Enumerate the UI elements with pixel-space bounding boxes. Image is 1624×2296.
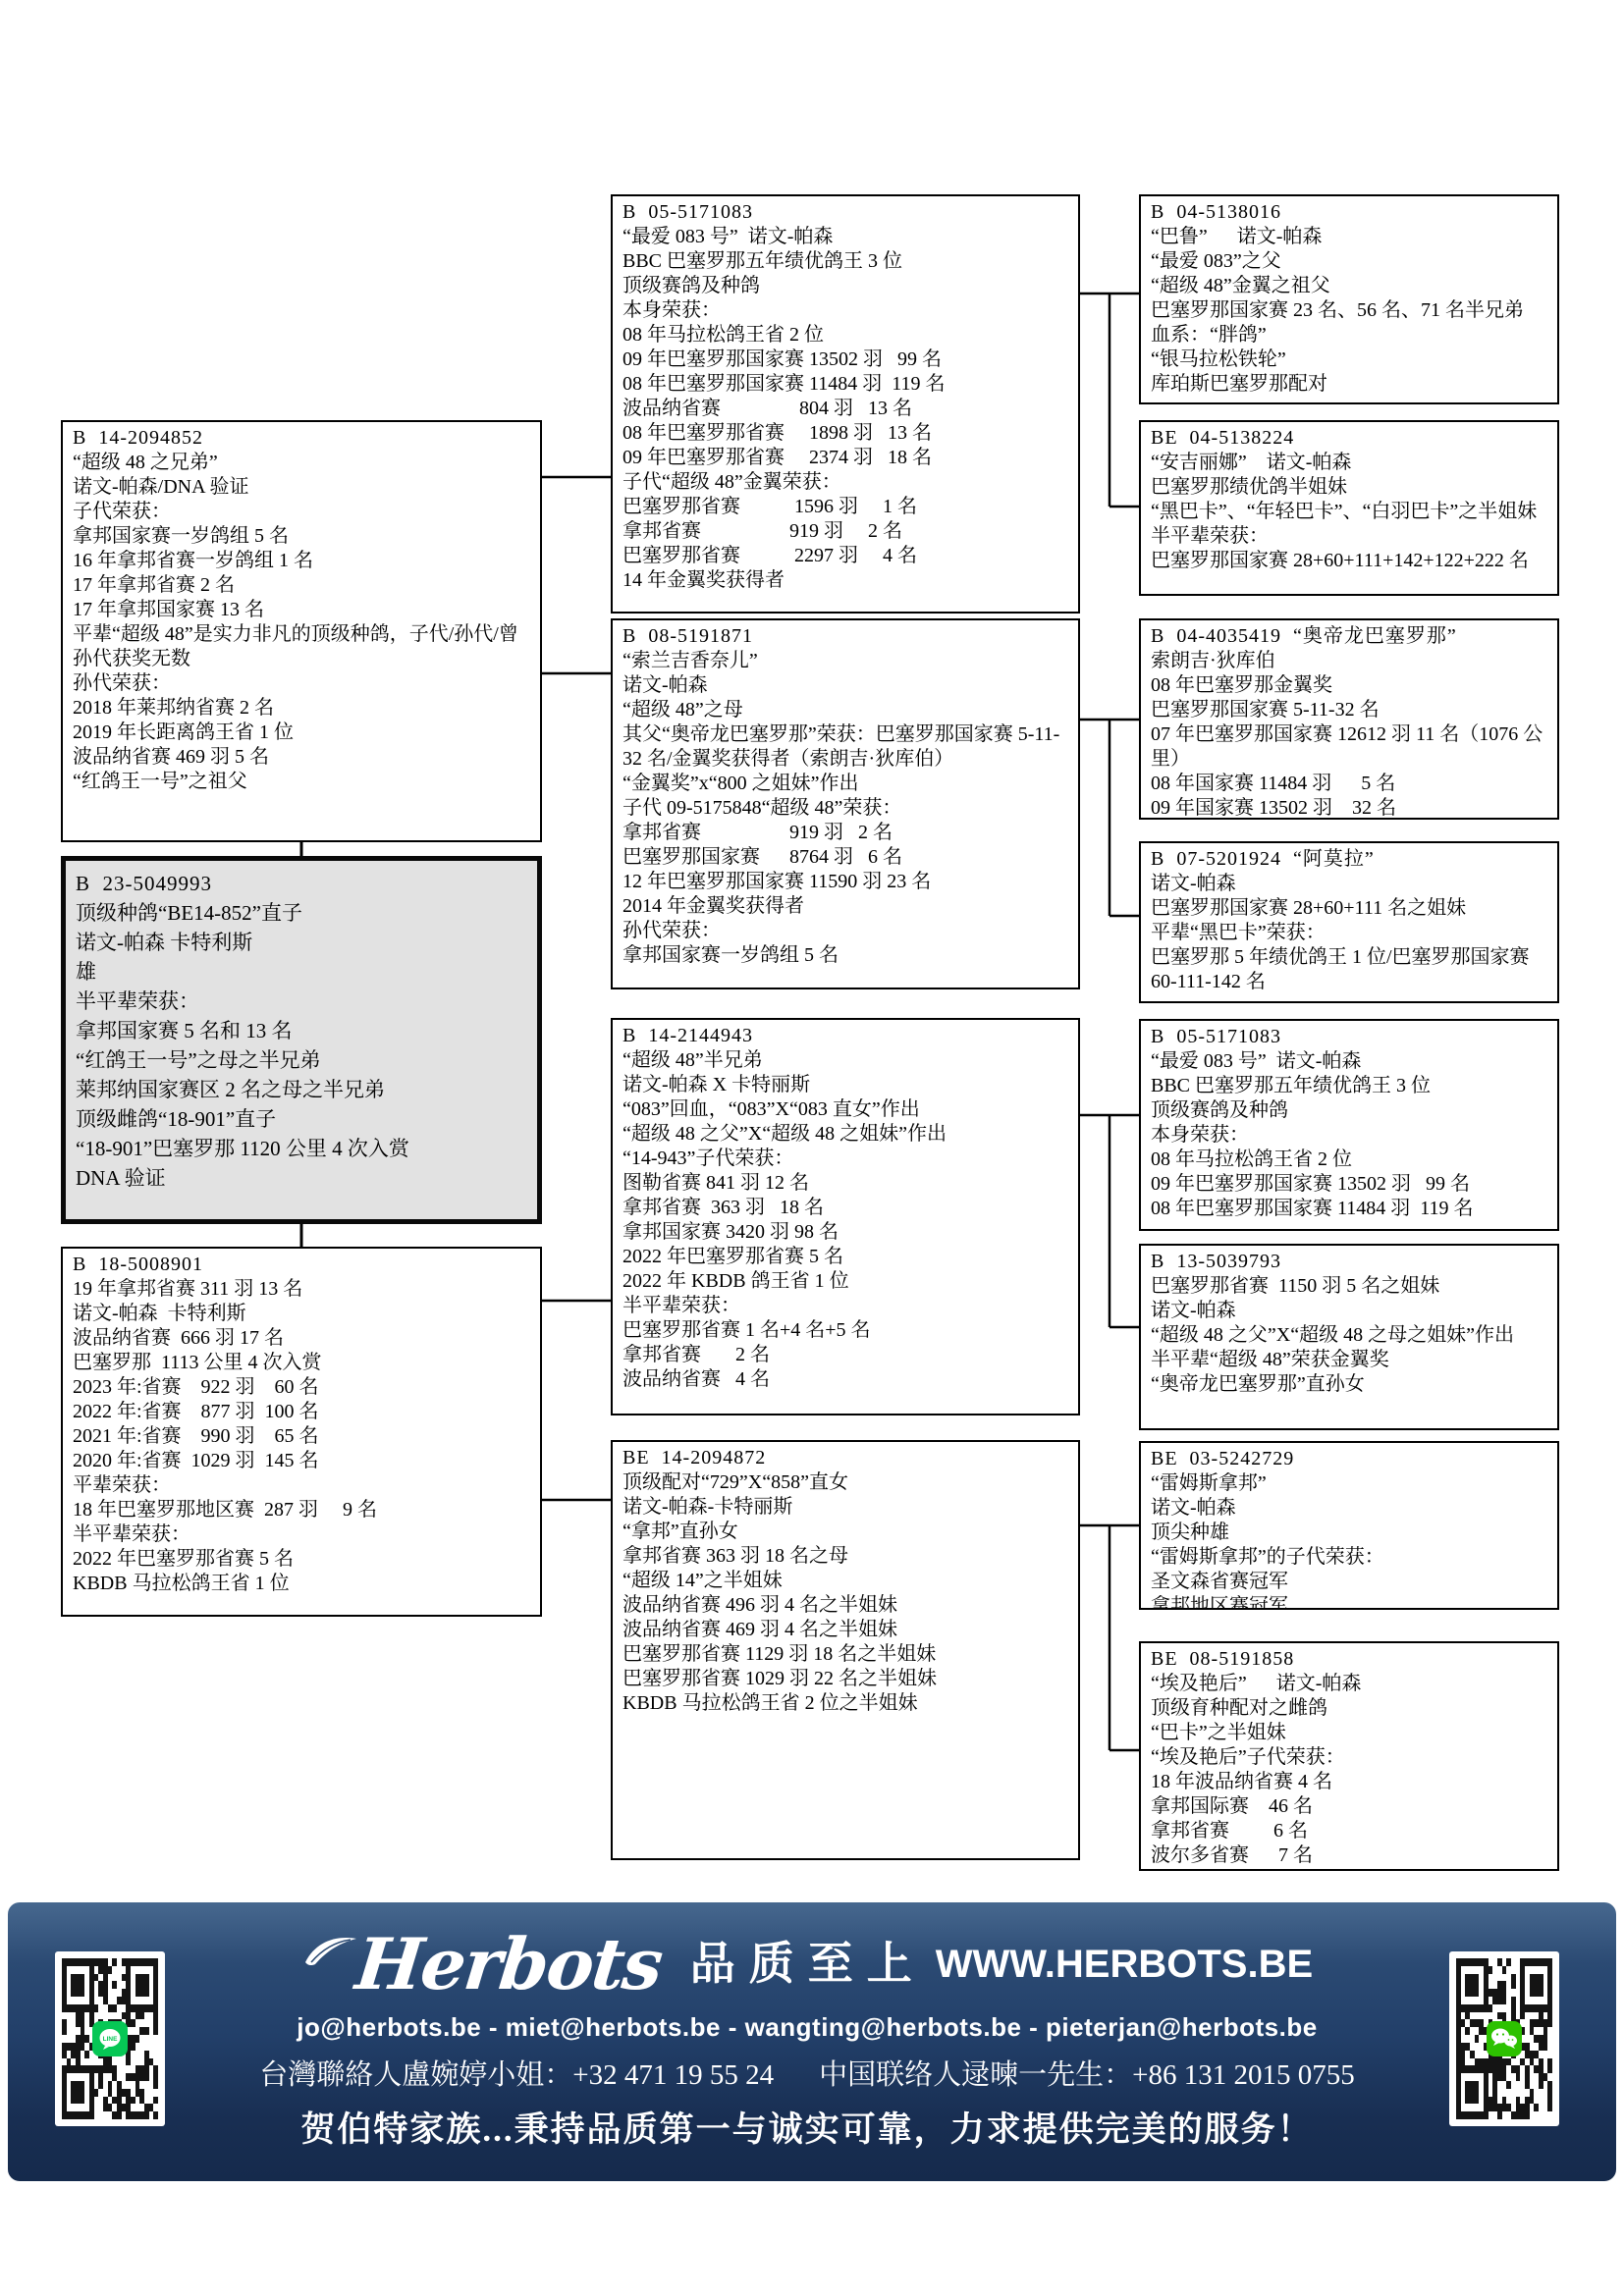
pedigree-line: 巴塞罗那国家赛 23 名、56 名、71 名半兄弟 xyxy=(1151,298,1549,323)
pedigree-box-sds: B 04-4035419 “奥帝龙巴塞罗那” 索朗吉·狄库伯08 年巴塞罗那金翼… xyxy=(1139,618,1559,820)
pedigree-line: 巴塞罗那省赛 1150 羽 5 名之姐妹 xyxy=(1151,1274,1549,1299)
pedigree-box-dam-sire: B 14-2144943 “超级 48”半兄弟诺文-帕森 X 卡特丽斯“083”… xyxy=(611,1018,1080,1415)
pedigree-lines: “安吉丽娜” 诺文-帕森巴塞罗那绩优鸽半姐妹“黑巴卡”、“年轻巴卡”、“白羽巴卡… xyxy=(1151,451,1549,573)
pedigree-box-subject: B 23-5049993 顶级种鸽“BE14-852”直子诺文-帕森 卡特利斯雄… xyxy=(61,856,542,1224)
pedigree-line: 巴塞罗那国家赛 28+60+111+142+122+222 名 xyxy=(1151,549,1549,573)
svg-text:LINE: LINE xyxy=(103,2036,118,2043)
pedigree-line: 顶级育种配对之雌鸽 xyxy=(1151,1696,1549,1721)
pedigree-line: 血系：“胖鸽” xyxy=(1151,323,1549,347)
footer-banner: LINE xyxy=(8,1902,1616,2181)
ring-number: B 04-5138016 xyxy=(1151,200,1549,225)
website-url: WWW.HERBOTS.BE xyxy=(936,1940,1313,1989)
ring-number: B 23-5049993 xyxy=(76,869,529,898)
pedigree-line: 波品纳省赛 469 羽 4 名之半姐妹 xyxy=(623,1618,1070,1642)
pedigree-line: 2021 年:省赛 990 羽 65 名 xyxy=(73,1424,532,1449)
pedigree-line: “超级 48 之父”X“超级 48 之姐妹”作出 xyxy=(623,1122,1070,1147)
pedigree-line: 2022 年巴塞罗那省赛 5 名 xyxy=(73,1547,532,1572)
pedigree-line: 拿邦省赛 919 羽 2 名 xyxy=(623,519,1070,544)
pedigree-line: “索兰吉香奈儿” xyxy=(623,649,1070,673)
pedigree-line: 本身荣获： xyxy=(1151,1123,1549,1148)
pedigree-line: 08 年巴塞罗那省赛 1898 羽 13 名 xyxy=(623,421,1070,446)
pedigree-line: 子代荣获： xyxy=(73,500,532,524)
pedigree-line: 孙代荣获： xyxy=(623,919,1070,943)
pedigree-line: 图勒省赛 841 羽 12 名 xyxy=(623,1171,1070,1196)
pedigree-line: 顶级雌鸽“18-901”直子 xyxy=(76,1104,529,1134)
pedigree-line: 拿邦国家赛一岁鸽组 5 名 xyxy=(623,943,1070,968)
pedigree-lines: 顶级配对“729”X“858”直女诺文-帕森-卡特丽斯“拿邦”直孙女拿邦省赛 3… xyxy=(623,1470,1070,1716)
pedigree-line: 拿邦省赛 919 羽 2 名 xyxy=(623,821,1070,845)
pedigree-line: 巴塞罗那国家赛 28+60+111 名之姐妹 xyxy=(1151,896,1549,921)
pedigree-line: 诺文-帕森-卡特丽斯 xyxy=(623,1495,1070,1520)
pedigree-line: 18 年波品纳省赛 4 名 xyxy=(1151,1770,1549,1794)
pedigree-line: 顶级赛鸽及种鸽 xyxy=(623,274,1070,298)
contact-emails: jo@herbots.be - miet@herbots.be - wangti… xyxy=(297,2012,1317,2043)
pedigree-line: 拿邦省赛 6 名 xyxy=(1151,1819,1549,1843)
pedigree-line: “巴卡”之半姐妹 xyxy=(1151,1721,1549,1745)
pedigree-line: 2020 年:省赛 1029 羽 145 名 xyxy=(73,1449,532,1473)
pedigree-line: 巴塞罗那 1113 公里 4 次入赏 xyxy=(73,1351,532,1375)
pedigree-box-dds: BE 03-5242729 “雷姆斯拿邦”诺文-帕森顶尖种雄“雷姆斯拿邦”的子代… xyxy=(1139,1441,1559,1610)
pedigree-line: 12 年巴塞罗那国家赛 11590 羽 23 名 xyxy=(623,870,1070,894)
pedigree-line: 2014 年金翼奖获得者 xyxy=(623,894,1070,919)
pedigree-line: 巴塞罗那国家赛 5-11-32 名 xyxy=(1151,698,1549,722)
pedigree-line: 波品纳省赛 469 羽 5 名 xyxy=(73,745,532,770)
pedigree-line: 2023 年:省赛 922 羽 60 名 xyxy=(73,1375,532,1400)
pedigree-line: “最爱 083”之父 xyxy=(1151,249,1549,274)
ring-number: B 14-2094852 xyxy=(73,426,532,451)
pedigree-line: 波尔多省赛 7 名 xyxy=(1151,1843,1549,1868)
pedigree-line: 巴塞罗那绩优鸽半姐妹 xyxy=(1151,475,1549,500)
pedigree-line: 孙代荣获： xyxy=(73,671,532,696)
pedigree-box-sire: B 14-2094852 “超级 48 之兄弟”诺文-帕森/DNA 验证子代荣获… xyxy=(61,420,542,842)
pedigree-line: DNA 验证 xyxy=(76,1163,529,1193)
pedigree-line: KBDB 马拉松鸽王省 2 位之半姐妹 xyxy=(623,1691,1070,1716)
pedigree-box-dam: B 18-5008901 19 年拿邦省赛 311 羽 13 名诺文-帕森 卡特… xyxy=(61,1247,542,1617)
pedigree-box-sire-sire: B 05-5171083 “最爱 083 号” 诺文-帕森BBC 巴塞罗那五年绩… xyxy=(611,194,1080,614)
pedigree-line: 诺文-帕森 xyxy=(1151,1496,1549,1521)
ring-number: B 13-5039793 xyxy=(1151,1250,1549,1274)
wechat-bubbles-icon xyxy=(1489,2026,1519,2052)
ring-number: B 08-5191871 xyxy=(623,624,1070,649)
pedigree-lines: 顶级种鸽“BE14-852”直子诺文-帕森 卡特利斯雄半平辈荣获：拿邦国家赛 5… xyxy=(76,898,529,1193)
pedigree-line: “雷姆斯拿邦”的子代荣获： xyxy=(1151,1545,1549,1570)
pedigree-line: 09 年巴塞罗那省赛 2374 羽 18 名 xyxy=(623,446,1070,470)
ring-number: B 18-5008901 xyxy=(73,1253,532,1277)
pedigree-line: 平辈荣获： xyxy=(73,1473,532,1498)
pedigree-line: 半平辈荣获： xyxy=(623,1294,1070,1318)
pedigree-line: “奥帝龙巴塞罗那”直孙女 xyxy=(1151,1372,1549,1397)
pedigree-lines: 诺文-帕森巴塞罗那国家赛 28+60+111 名之姐妹平辈“黑巴卡”荣获：巴塞罗… xyxy=(1151,872,1549,994)
pedigree-line: 莱邦纳国家赛区 2 名之母之半兄弟 xyxy=(76,1075,529,1104)
pedigree-line: 08 年马拉松鸽王省 2 位 xyxy=(623,323,1070,347)
pedigree-line: “18-901”巴塞罗那 1120 公里 4 次入赏 xyxy=(76,1134,529,1163)
pedigree-line: 18 年巴塞罗那地区赛 287 羽 9 名 xyxy=(73,1498,532,1522)
pedigree-line: 波品纳省赛 4 名 xyxy=(623,1367,1070,1392)
pedigree-box-sire-dam: B 08-5191871 “索兰吉香奈儿”诺文-帕森“超级 48”之母其父“奥帝… xyxy=(611,618,1080,989)
pedigree-line: “超级 14”之半姐妹 xyxy=(623,1569,1070,1593)
pedigree-line: 本身荣获： xyxy=(623,298,1070,323)
pedigree-box-dam-dam: BE 14-2094872 顶级配对“729”X“858”直女诺文-帕森-卡特丽… xyxy=(611,1440,1080,1860)
pedigree-line: “083”回血，“083”X“083 直女”作出 xyxy=(623,1097,1070,1122)
pedigree-line: 2022 年巴塞罗那省赛 5 名 xyxy=(623,1245,1070,1269)
pedigree-lines: “超级 48”半兄弟诺文-帕森 X 卡特丽斯“083”回血，“083”X“083… xyxy=(623,1048,1070,1392)
pedigree-line: “金翼奖”x“800 之姐妹”作出 xyxy=(623,772,1070,796)
pedigree-line: “埃及艳后”子代荣获： xyxy=(1151,1745,1549,1770)
pedigree-line: 顶尖种雄 xyxy=(1151,1521,1549,1545)
pedigree-line: 拿邦省赛 363 羽 18 名之母 xyxy=(623,1544,1070,1569)
brand-logo-herbots: Herbots xyxy=(352,1925,665,2003)
ring-number: B 05-5171083 xyxy=(623,200,1070,225)
pedigree-line: 波品纳省赛 804 羽 13 名 xyxy=(623,397,1070,421)
pedigree-line: “超级 48”之母 xyxy=(623,698,1070,722)
footer-content: Herbots 品质至上 WWW.HERBOTS.BE jo@herbots.b… xyxy=(180,1902,1435,2181)
pedigree-line: “拿邦”直孙女 xyxy=(623,1520,1070,1544)
pedigree-line: 08 年巴塞罗那国家赛 11484 羽 119 名 xyxy=(1151,1197,1549,1221)
pedigree-line: 平辈“黑巴卡”荣获： xyxy=(1151,921,1549,945)
pedigree-lines: 19 年拿邦省赛 311 羽 13 名诺文-帕森 卡特利斯波品纳省赛 666 羽… xyxy=(73,1277,532,1596)
pedigree-line: “埃及艳后” 诺文-帕森 xyxy=(1151,1672,1549,1696)
pedigree-line: “超级 48 之父”X“超级 48 之母之姐妹”作出 xyxy=(1151,1323,1549,1348)
ring-number: B 04-4035419 “奥帝龙巴塞罗那” xyxy=(1151,624,1549,649)
pedigree-line: “银马拉松铁轮” xyxy=(1151,347,1549,372)
pedigree-line: 顶级赛鸽及种鸽 xyxy=(1151,1098,1549,1123)
pedigree-lines: “最爱 083 号” 诺文-帕森BBC 巴塞罗那五年绩优鸽王 3 位顶级赛鸽及种… xyxy=(1151,1049,1549,1221)
ring-number: BE 04-5138224 xyxy=(1151,426,1549,451)
pedigree-page: B 23-5049993 顶级种鸽“BE14-852”直子诺文-帕森 卡特利斯雄… xyxy=(0,0,1624,2296)
pedigree-line: “超级 48”金翼之祖父 xyxy=(1151,274,1549,298)
pedigree-box-dss: B 05-5171083 “最爱 083 号” 诺文-帕森BBC 巴塞罗那五年绩… xyxy=(1139,1019,1559,1231)
pedigree-line: 其父“奥帝龙巴塞罗那”荣获：巴塞罗那国家赛 5-11-32 名/金翼奖获得者（索… xyxy=(623,722,1070,772)
pedigree-line: “超级 48”半兄弟 xyxy=(623,1048,1070,1073)
pedigree-line: 巴塞罗那省赛 2297 羽 4 名 xyxy=(623,544,1070,568)
pedigree-line: 子代 09-5175848“超级 48”荣获： xyxy=(623,796,1070,821)
wechat-icon xyxy=(1487,2021,1522,2056)
pedigree-line: 2022 年:省赛 877 羽 100 名 xyxy=(73,1400,532,1424)
ring-number: BE 14-2094872 xyxy=(623,1446,1070,1470)
pedigree-lines: “巴鲁” 诺文-帕森“最爱 083”之父“超级 48”金翼之祖父巴塞罗那国家赛 … xyxy=(1151,225,1549,397)
pedigree-line: 巴塞罗那省赛 1029 羽 22 名之半姐妹 xyxy=(623,1667,1070,1691)
pedigree-line: “黑巴卡”、“年轻巴卡”、“白羽巴卡”之半姐妹 xyxy=(1151,500,1549,524)
pedigree-line: 2018 年莱邦纳省赛 2 名 xyxy=(73,696,532,721)
pedigree-line: 08 年巴塞罗那金翼奖 xyxy=(1151,673,1549,698)
pedigree-lines: 索朗吉·狄库伯08 年巴塞罗那金翼奖巴塞罗那国家赛 5-11-32 名07 年巴… xyxy=(1151,649,1549,820)
pedigree-box-ddd: BE 08-5191858 “埃及艳后” 诺文-帕森顶级育种配对之雌鸽“巴卡”之… xyxy=(1139,1641,1559,1871)
pedigree-lines: “雷姆斯拿邦”诺文-帕森顶尖种雄“雷姆斯拿邦”的子代荣获：圣文森省赛冠军拿邦地区… xyxy=(1151,1471,1549,1610)
pedigree-line: “红鸽王一号”之祖父 xyxy=(73,770,532,794)
pedigree-box-sdd: B 07-5201924 “阿莫拉” 诺文-帕森巴塞罗那国家赛 28+60+11… xyxy=(1139,841,1559,1003)
pedigree-lines: “埃及艳后” 诺文-帕森顶级育种配对之雌鸽“巴卡”之半姐妹“埃及艳后”子代荣获：… xyxy=(1151,1672,1549,1868)
wechat-qr-code xyxy=(1449,1951,1559,2126)
pedigree-line: 巴塞罗那省赛 1129 羽 18 名之半姐妹 xyxy=(623,1642,1070,1667)
pedigree-line: “巴鲁” 诺文-帕森 xyxy=(1151,225,1549,249)
pedigree-line: 半平辈荣获： xyxy=(76,987,529,1016)
line-bubble-icon: LINE xyxy=(97,2026,123,2052)
pedigree-line: “超级 48 之兄弟” xyxy=(73,451,532,475)
pedigree-line: 拿邦省赛 2 名 xyxy=(623,1343,1070,1367)
pedigree-line: 14 年金翼奖获得者 xyxy=(623,568,1070,593)
pedigree-line: 17 年拿邦国家赛 13 名 xyxy=(73,598,532,622)
pedigree-line: 诺文-帕森 卡特利斯 xyxy=(73,1302,532,1326)
ring-number: B 05-5171083 xyxy=(1151,1025,1549,1049)
pedigree-line: 拿邦国家赛 5 名和 13 名 xyxy=(76,1016,529,1045)
pedigree-line: KBDB 马拉松鸽王省 1 位 xyxy=(73,1572,532,1596)
pedigree-line: 顶级配对“729”X“858”直女 xyxy=(623,1470,1070,1495)
footer-slogan: 贺伯特家族...秉持品质第一与诚实可靠，力求提供完美的服务！ xyxy=(300,2103,1313,2152)
pedigree-line: “安吉丽娜” 诺文-帕森 xyxy=(1151,451,1549,475)
pedigree-line: 诺文-帕森 xyxy=(1151,872,1549,896)
pedigree-line: 拿邦省赛 363 羽 18 名 xyxy=(623,1196,1070,1220)
ring-number: B 07-5201924 “阿莫拉” xyxy=(1151,847,1549,872)
pedigree-lines: “超级 48 之兄弟”诺文-帕森/DNA 验证子代荣获：拿邦国家赛一岁鸽组 5 … xyxy=(73,451,532,794)
pedigree-line: 子代“超级 48”金翼荣获： xyxy=(623,470,1070,495)
pedigree-line: 09 年巴塞罗那国家赛 13502 羽 99 名 xyxy=(1151,1172,1549,1197)
pedigree-line: “最爱 083 号” 诺文-帕森 xyxy=(623,225,1070,249)
ring-number: BE 08-5191858 xyxy=(1151,1647,1549,1672)
pedigree-line: 巴塞罗那国家赛 8764 羽 6 名 xyxy=(623,845,1070,870)
pedigree-line: 诺文-帕森 卡特利斯 xyxy=(76,928,529,957)
pedigree-line: 08 年国家赛 11484 羽 5 名 xyxy=(1151,772,1549,796)
pedigree-line: 拿邦国际赛 46 名 xyxy=(1151,1794,1549,1819)
brand-quality-text: 品质至上 xyxy=(690,1935,926,1994)
pedigree-box-dsd: B 13-5039793 巴塞罗那省赛 1150 羽 5 名之姐妹诺文-帕森“超… xyxy=(1139,1244,1559,1430)
pedigree-line: 09 年巴塞罗那国家赛 13502 羽 99 名 xyxy=(623,347,1070,372)
pedigree-line: 索朗吉·狄库伯 xyxy=(1151,649,1549,673)
pedigree-line: 16 年拿邦省赛一岁鸽组 1 名 xyxy=(73,549,532,573)
pedigree-line: 07 年巴塞罗那国家赛 12612 羽 11 名（1076 公里） xyxy=(1151,722,1549,772)
pedigree-line: 顶级种鸽“BE14-852”直子 xyxy=(76,898,529,928)
pedigree-lines: “索兰吉香奈儿”诺文-帕森“超级 48”之母其父“奥帝龙巴塞罗那”荣获：巴塞罗那… xyxy=(623,649,1070,968)
contact-taiwan: 台灣聯絡人盧婉婷小姐：+32 471 19 55 24 xyxy=(259,2059,774,2091)
line-qr-code: LINE xyxy=(55,1951,165,2126)
pedigree-line: 巴塞罗那省赛 1 名+4 名+5 名 xyxy=(623,1318,1070,1343)
pedigree-line: 2022 年 KBDB 鸽王省 1 位 xyxy=(623,1269,1070,1294)
pedigree-line: 诺文-帕森 xyxy=(623,673,1070,698)
pedigree-line: 半平辈“超级 48”荣获金翼奖 xyxy=(1151,1348,1549,1372)
pedigree-line: 巴塞罗那 5 年绩优鸽王 1 位/巴塞罗那国家赛 60-111-142 名 xyxy=(1151,945,1549,994)
pedigree-line: 拿邦地区赛冠军 xyxy=(1151,1594,1549,1610)
pedigree-line: 半平辈荣获： xyxy=(1151,524,1549,549)
contact-china: 中国联络人逯暕一先生：+86 131 2015 0755 xyxy=(819,2059,1355,2091)
pedigree-lines: “最爱 083 号” 诺文-帕森BBC 巴塞罗那五年绩优鸽王 3 位顶级赛鸽及种… xyxy=(623,225,1070,593)
pedigree-lines: 巴塞罗那省赛 1150 羽 5 名之姐妹诺文-帕森“超级 48 之父”X“超级 … xyxy=(1151,1274,1549,1397)
pedigree-box-ssd: BE 04-5138224 “安吉丽娜” 诺文-帕森巴塞罗那绩优鸽半姐妹“黑巴卡… xyxy=(1139,420,1559,596)
pedigree-line: 雄 xyxy=(76,957,529,987)
pedigree-line: 2019 年长距离鸽王省 1 位 xyxy=(73,721,532,745)
pedigree-line: BBC 巴塞罗那五年绩优鸽王 3 位 xyxy=(1151,1074,1549,1098)
pedigree-line: 08 年马拉松鸽王省 2 位 xyxy=(1151,1148,1549,1172)
pedigree-line: 波品纳省赛 666 羽 17 名 xyxy=(73,1326,532,1351)
pedigree-line: 19 年拿邦省赛 311 羽 13 名 xyxy=(73,1277,532,1302)
pedigree-line: 09 年国家赛 13502 羽 32 名 xyxy=(1151,796,1549,820)
brand-row: Herbots 品质至上 WWW.HERBOTS.BE xyxy=(301,1920,1313,2008)
pedigree-line: 半平辈荣获： xyxy=(73,1522,532,1547)
pedigree-line: 巴塞罗那省赛 1596 羽 1 名 xyxy=(623,495,1070,519)
pedigree-line: 圣文森省赛冠军 xyxy=(1151,1570,1549,1594)
pedigree-box-sss: B 04-5138016 “巴鲁” 诺文-帕森“最爱 083”之父“超级 48”… xyxy=(1139,194,1559,404)
pedigree-line: “14-943”子代荣获： xyxy=(623,1147,1070,1171)
contact-phones: 台灣聯絡人盧婉婷小姐：+32 471 19 55 24中国联络人逯暕一先生：+8… xyxy=(259,2053,1354,2093)
ring-number: B 14-2144943 xyxy=(623,1024,1070,1048)
pedigree-line: 诺文-帕森 X 卡特丽斯 xyxy=(623,1073,1070,1097)
pedigree-line: 拿邦国家赛一岁鸽组 5 名 xyxy=(73,524,532,549)
pedigree-line: “红鸽王一号”之母之半兄弟 xyxy=(76,1045,529,1075)
pedigree-line: BBC 巴塞罗那五年绩优鸽王 3 位 xyxy=(623,249,1070,274)
pedigree-line: “最爱 083 号” 诺文-帕森 xyxy=(1151,1049,1549,1074)
pedigree-line: 诺文-帕森 xyxy=(1151,1299,1549,1323)
line-icon: LINE xyxy=(92,2021,128,2056)
pedigree-line: 库珀斯巴塞罗那配对 xyxy=(1151,372,1549,397)
pedigree-line: 波品纳省赛 496 羽 4 名之半姐妹 xyxy=(623,1593,1070,1618)
pedigree-line: 诺文-帕森/DNA 验证 xyxy=(73,475,532,500)
pedigree-line: 17 年拿邦省赛 2 名 xyxy=(73,573,532,598)
pedigree-line: 平辈“超级 48”是实力非凡的顶级种鸽，子代/孙代/曾孙代获奖无数 xyxy=(73,622,532,671)
pedigree-line: 拿邦国家赛 3420 羽 98 名 xyxy=(623,1220,1070,1245)
pedigree-line: “雷姆斯拿邦” xyxy=(1151,1471,1549,1496)
ring-number: BE 03-5242729 xyxy=(1151,1447,1549,1471)
pedigree-line: 08 年巴塞罗那国家赛 11484 羽 119 名 xyxy=(623,372,1070,397)
